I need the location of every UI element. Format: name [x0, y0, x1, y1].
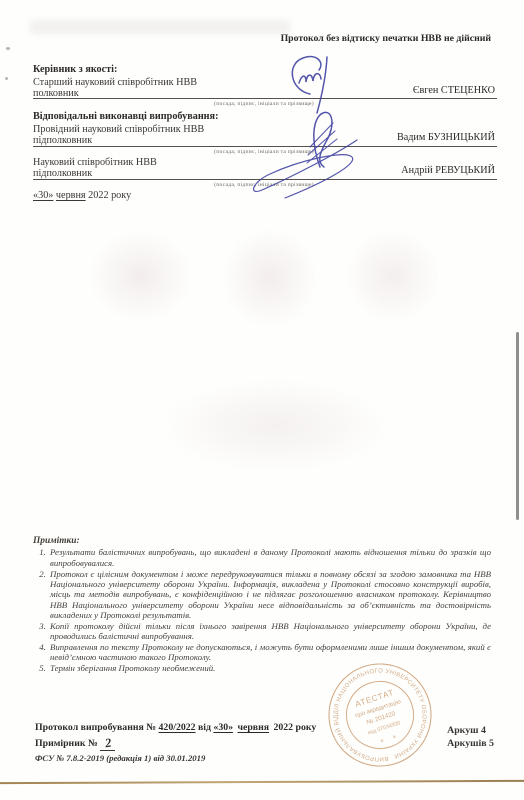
protocol-day: «30»	[213, 722, 233, 733]
sheet-counter: Аркуш 4 Аркушів 5	[447, 724, 494, 750]
quality-head-name: Євген СТЕЦЕНКО	[413, 85, 495, 96]
protocol-footer-line: Протокол випробування № 420/2022 від «30…	[35, 722, 316, 733]
signature-revutskyi-flourish	[254, 140, 357, 198]
note-item: Протокол є цілісним документом і може пе…	[48, 569, 491, 621]
handwritten-signatures	[240, 50, 370, 210]
date-day: «30»	[33, 190, 53, 201]
protocol-label: Протокол випробування №	[35, 722, 156, 733]
bleedthrough-smudge	[88, 230, 193, 322]
executor-name: Андрій РЕВУЦЬКИЙ	[401, 165, 495, 176]
notes-title: Примітки:	[33, 536, 491, 546]
bleedthrough-smudge	[30, 20, 290, 34]
quality-head-title: Керівник з якості:	[33, 64, 117, 75]
paper-edge-line	[0, 780, 524, 784]
quality-head-position: Старший науковий співробітник НВВ	[33, 77, 197, 88]
scanned-protocol-page: Протокол без відтиску печатки НВВ не дій…	[0, 0, 524, 800]
handwritten-copy-number: 2	[104, 736, 113, 752]
date-tail: 2022 року	[88, 190, 131, 201]
sheet-current: Аркуш 4	[447, 724, 494, 737]
protocol-number: 420/2022	[159, 722, 196, 733]
executor-rank: підполковник	[33, 135, 92, 146]
protocol-year: 2022 року	[273, 722, 316, 733]
paper-speck	[6, 47, 10, 50]
scrollbar-thumb[interactable]	[516, 332, 519, 520]
bleedthrough-smudge	[345, 228, 441, 324]
date-month: червня	[56, 190, 86, 201]
copy-number-line: Примірник № 2	[35, 735, 115, 751]
signature-buznytskyi	[307, 112, 337, 167]
bleedthrough-smudge	[222, 228, 318, 328]
stamp-star-icon: ✳	[392, 734, 398, 741]
copy-label: Примірник №	[35, 738, 98, 749]
executor-position: Провідний науковий співробітник НВВ	[33, 124, 204, 135]
protocol-vid: від	[198, 722, 211, 733]
note-item: Результати балістичних випробувань, що в…	[48, 547, 491, 568]
form-reference: ФСУ № 7.8.2-2019 (редакція 1) від 30.01.…	[35, 753, 205, 763]
executor-rank: підполковник	[33, 168, 92, 179]
bleedthrough-smudge	[160, 378, 390, 473]
sheet-total: Аркушів 5	[447, 737, 494, 750]
signature-stetsenko	[292, 57, 327, 113]
protocol-month: червня	[237, 722, 269, 733]
document-date: «30» червня 2022 року	[33, 190, 131, 201]
stamp-star-icon: ✳	[379, 738, 385, 745]
executors-title: Відповідальні виконавці випробування:	[33, 111, 218, 122]
copy-number-underline: 2	[100, 735, 115, 751]
executor-name: Вадим БУЗНИЦЬКИЙ	[397, 132, 495, 143]
validity-notice: Протокол без відтиску печатки НВВ не дій…	[281, 33, 491, 44]
executor-position: Науковий співробітник НВВ	[33, 157, 157, 168]
paper-speck	[5, 77, 8, 80]
